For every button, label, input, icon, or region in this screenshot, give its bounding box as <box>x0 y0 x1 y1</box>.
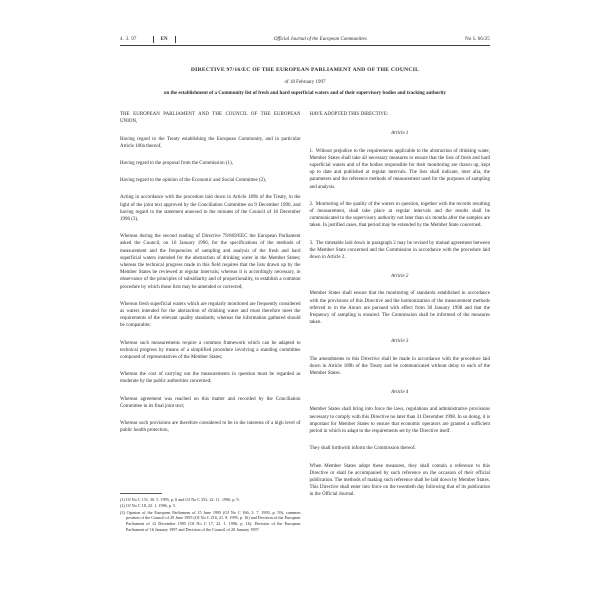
header-rule <box>120 45 490 46</box>
article-paragraph: 1. Without prejudice to the requirements… <box>310 148 491 191</box>
left-column: THE EUROPEAN PARLIAMENT AND THE COUNCIL … <box>120 111 301 533</box>
article-paragraph: They shall forthwith inform the Commissi… <box>310 445 491 452</box>
preamble-paragraph: Having regard to the proposal from the C… <box>120 160 301 167</box>
preamble-paragraph: Having regard to the Treaty establishing… <box>120 136 301 150</box>
article-paragraph: HAVE ADOPTED THIS DIRECTIVE: <box>310 111 491 118</box>
article-paragraph: Member States shall bring into force the… <box>310 406 491 435</box>
footnote: (2) OJ No C 18, 22. 1. 1996, p. 5. <box>120 503 301 509</box>
directive-title: DIRECTIVE 97/16/EC OF THE EUROPEAN PARLI… <box>120 67 490 74</box>
article-heading: Article 4 <box>310 389 491 396</box>
preamble-paragraph: Acting in accordance with the procedure … <box>120 194 301 223</box>
directive-date: of 18 February 1997 <box>120 80 490 85</box>
article-paragraph: Member States shall ensure that the moni… <box>310 290 491 326</box>
document-page: 4. 3. 97 EN Official Journal of the Euro… <box>120 36 490 533</box>
preamble-paragraph: Whereas the cost of carrying out the mea… <box>120 371 301 385</box>
preamble-paragraph: Whereas agreement was reached on this ma… <box>120 396 301 410</box>
article-paragraph: When Member States adopt these measures,… <box>310 463 491 499</box>
article-heading: Article 1 <box>310 130 491 137</box>
article-heading: Article 2 <box>310 273 491 280</box>
footnote-separator-rule <box>120 493 162 494</box>
footnote: (1) OJ No C 131, 30. 5. 1995, p. 6 and O… <box>120 497 301 503</box>
preamble-paragraph: Whereas such measurements require a comm… <box>120 340 301 362</box>
preamble-paragraph: Whereas during the second reading of Dir… <box>120 233 301 291</box>
directive-subject: on the establishment of a Community list… <box>120 90 490 97</box>
preamble-paragraph: Having regard to the opinion of the Econ… <box>120 177 301 184</box>
article-paragraph: The amendments to this Directive shall b… <box>310 356 491 378</box>
preamble-paragraph: THE EUROPEAN PARLIAMENT AND THE COUNCIL … <box>120 111 301 125</box>
header-date: 4. 3. 97 <box>120 36 137 43</box>
article-paragraph: 2. Monitoring of the quality of the wate… <box>310 201 491 230</box>
two-column-body: THE EUROPEAN PARLIAMENT AND THE COUNCIL … <box>120 111 490 533</box>
preamble-paragraphs: THE EUROPEAN PARLIAMENT AND THE COUNCIL … <box>120 111 301 434</box>
preamble-paragraph: Whereas fresh superficial waters which a… <box>120 301 301 330</box>
title-block: DIRECTIVE 97/16/EC OF THE EUROPEAN PARLI… <box>120 67 490 97</box>
header-journal-title: Official Journal of the European Communi… <box>176 36 466 43</box>
preamble-paragraph: Whereas such provisions are therefore co… <box>120 420 301 434</box>
header-page-number: No L 66/25 <box>465 36 490 43</box>
page-header: 4. 3. 97 EN Official Journal of the Euro… <box>120 36 490 43</box>
right-column: HAVE ADOPTED THIS DIRECTIVE:Article 11. … <box>310 111 491 533</box>
article-paragraph: 3. The timetable laid down in paragraph … <box>310 240 491 262</box>
article-heading: Article 3 <box>310 338 491 345</box>
footnote-list: (1) OJ No C 131, 30. 5. 1995, p. 6 and O… <box>120 497 301 533</box>
footnote: (3) Opinion of the European Parliament o… <box>120 510 301 532</box>
header-language-code: EN <box>153 36 176 43</box>
footnotes-block: (1) OJ No C 131, 30. 5. 1995, p. 6 and O… <box>120 493 301 534</box>
